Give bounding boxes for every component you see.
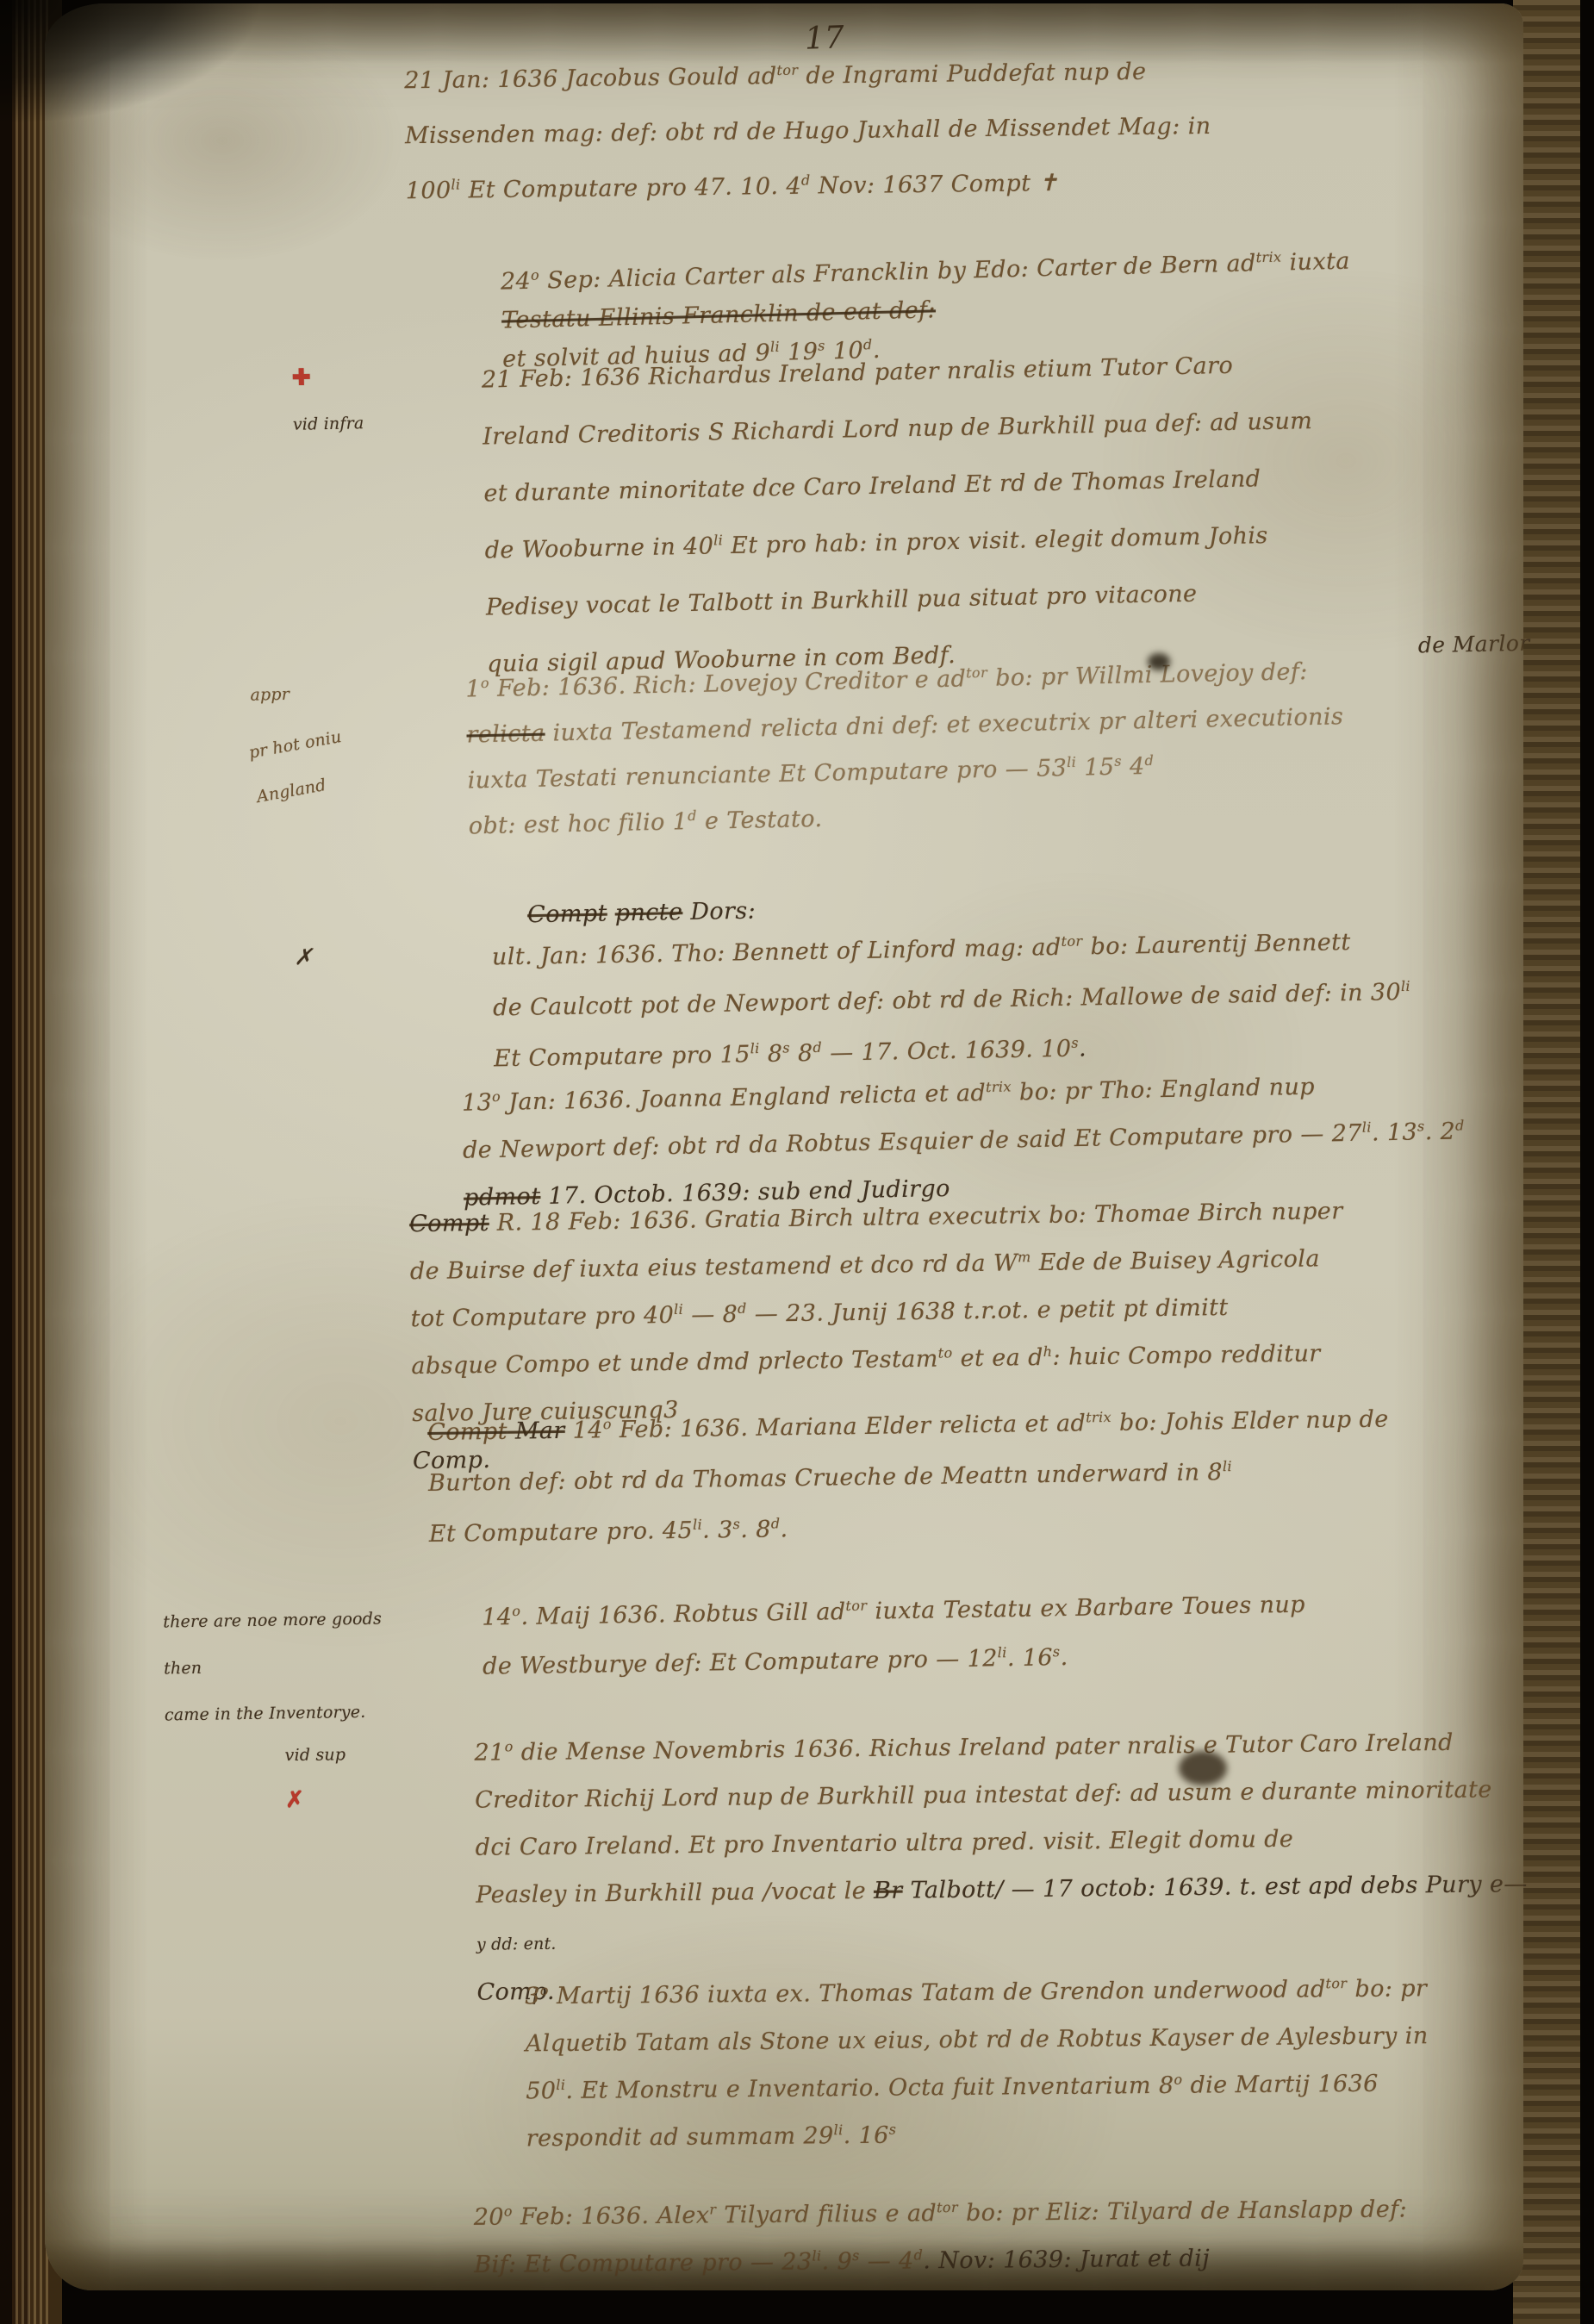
margin-label (277, 265, 432, 268)
entry-body-toues: 14o. Maij 1636. Robtus Gill adtor iuxta … (404, 1576, 1552, 1734)
entry-line: 20o Feb: 1636. Alexr Tilyard filius e ad… (474, 2184, 1560, 2241)
text-segment: tor (845, 1598, 867, 1614)
text-segment: — 8 (683, 1301, 738, 1329)
text-segment: tor (937, 2199, 958, 2215)
entry-tilyard: 20o Feb: 1636. Alexr Tilyard filius e ad… (155, 2184, 1560, 2291)
text-segment: trix (1086, 1409, 1111, 1425)
text-segment: . Maij 1636. Robtus Gill ad (520, 1598, 846, 1630)
entry-margin-tilyard (155, 2194, 414, 2291)
text-segment: Et Computare pro 15 (494, 1041, 750, 1072)
text-segment: de Westburye def: Et Computare pro — 12 (483, 1645, 998, 1679)
text-segment: Bif: Et Computare pro — 23 (474, 2248, 813, 2277)
text-segment: s (1071, 1035, 1079, 1051)
text-segment: de Caulcott pot de Newport def: obt rd d… (493, 979, 1402, 1021)
text-segment: appr (250, 685, 290, 705)
text-segment: o (504, 2203, 513, 2219)
text-segment: s (889, 2122, 897, 2138)
margin-label: ✚ (291, 353, 421, 401)
text-segment: o (603, 1416, 612, 1432)
entry-body-elder: Compt Mar 14o Feb: 1636. Mariana Elder r… (419, 1392, 1566, 1561)
text-segment: d (801, 172, 811, 189)
text-segment: li (812, 2247, 821, 2264)
text-segment: 100 (406, 178, 451, 205)
text-segment: li (1067, 754, 1076, 770)
text-segment: et ea d (952, 1344, 1043, 1372)
text-segment: s (1114, 753, 1122, 769)
entry-margin-lovejoye: apprpr hot oniu Angland (155, 668, 417, 856)
text-segment: 1 (465, 676, 481, 702)
text-segment: Burton def: obt rd da Thomas Crueche de … (428, 1459, 1223, 1497)
text-segment: iuxta (1281, 248, 1350, 277)
text-segment: 14 (564, 1417, 603, 1444)
text-segment: Testatu Ellinis Francklin de eat def: (501, 296, 937, 333)
text-segment: . Nov: 1639: Jurat et dij (923, 2245, 1210, 2274)
text-segment: li (451, 177, 460, 193)
text-segment: de Wooburne in 40 (484, 533, 713, 564)
text-segment: — 23. Junij 1638 t.r.ot. e petit pt dimi… (747, 1294, 1229, 1328)
text-segment: vid infra (293, 414, 364, 434)
text-segment: s (1053, 1643, 1061, 1660)
entry-margin-elder (160, 1407, 420, 1563)
text-segment: Et Computare pro. 45 (429, 1517, 694, 1548)
margin-label: ✗ (285, 1776, 424, 1822)
text-segment: o (481, 675, 489, 691)
text-segment: d (813, 1039, 822, 1056)
text-segment: iuxta Testatu ex Barbare Toues nup (867, 1592, 1305, 1625)
text-segment: et durante minoritate dce Caro Ireland E… (483, 465, 1261, 507)
text-segment: Creditor Richij Lord nup de Burkhill pua… (475, 1776, 1492, 1813)
text-segment: . 8 (740, 1517, 771, 1543)
text-segment: . (780, 1516, 788, 1542)
text-segment: . (1079, 1035, 1087, 1062)
text-segment: : huic Compo redditur (1052, 1340, 1320, 1370)
text-segment: . Et Monstru e Inventario. Octa fuit Inv… (565, 2072, 1174, 2104)
text-segment: Feb: 1636. Rich: Lovejoy Creditor e ad (489, 665, 967, 702)
margin-label: there are noe more goods then (163, 1594, 406, 1691)
text-segment: o (512, 1603, 520, 1619)
text-segment: d (771, 1515, 781, 1531)
text-segment: bo: pr Willmi Lovejoy def: (987, 658, 1308, 692)
text-segment: 13 (462, 1089, 493, 1117)
text-segment: pncte (614, 899, 682, 926)
text-segment: die Martij 1636 (1182, 2071, 1379, 2099)
entry-line: respondit ad summam 29li. 16s (526, 2106, 1560, 2162)
text-segment: de Buirse def iuxta eius testamend et dc… (410, 1249, 1018, 1285)
entry-body-tilyard: 20o Feb: 1636. Alexr Tilyard filius e ad… (414, 2184, 1560, 2290)
text-segment: Talbott/ — 17 octob: 1639. t. est apd de… (902, 1871, 1527, 1904)
text-segment: r (709, 2201, 716, 2217)
text-segment: li (1401, 978, 1410, 994)
text-segment: Feb: 1636. Alex (513, 2202, 710, 2230)
text-segment: 4 (1122, 753, 1145, 781)
text-segment: o (1174, 2072, 1182, 2088)
text-segment: o (540, 1982, 549, 1998)
entry-toues: there are noe more goods thencame in the… (146, 1576, 1552, 1738)
text-segment: Martij 1636 iuxta ex. Thomas Tatam de Gr… (549, 1976, 1326, 2009)
text-segment: 21 (474, 1739, 504, 1766)
text-segment: d (738, 1300, 747, 1317)
text-segment: li (556, 2077, 565, 2093)
red-cross-mark: ✗ (285, 1787, 305, 1813)
text-segment: ✗ (294, 944, 314, 970)
manuscript-page: 17 21 Jan: 1636 Jacobus Gould adtor de I… (45, 3, 1523, 2290)
text-segment: Br (874, 1878, 903, 1904)
text-segment: vid sup (284, 1745, 346, 1765)
text-segment: bo: pr Tho: England nup (1012, 1074, 1315, 1106)
text-segment: li (750, 1040, 759, 1056)
text-segment: 8 (760, 1041, 783, 1068)
margin-label: vid sup (284, 1729, 423, 1778)
entry-line: Alquetib Tatam als Stone ux eius, obt rd… (526, 2011, 1560, 2067)
text-segment: die Mense Novembris 1636. Richus Ireland… (514, 1729, 1454, 1766)
text-segment: tot Computare pro 40 (410, 1302, 674, 1332)
text-segment: li (693, 1517, 702, 1533)
entry-body-puddefat: 21 Jan: 1636 Jacobus Gould adtor de Ingr… (404, 40, 1552, 219)
entry-margin-puddefat (146, 53, 406, 222)
text-segment: bo: pr (1347, 1975, 1427, 2003)
text-segment: Compt (527, 900, 607, 929)
entry-body-lord-1: 21 Feb: 1636 Richardus Ireland pater nra… (420, 331, 1572, 694)
text-segment: iuxta Testamend relicta dni def: et exec… (545, 703, 1343, 746)
text-segment: li (1223, 1458, 1232, 1474)
text-segment: 24 (501, 268, 532, 296)
entry-body-tatam-als-stone: 3o Martij 1636 iuxta ex. Thomas Tatam de… (413, 1964, 1560, 2164)
text-segment: Feb: 1636. Mariana Elder relicta et ad (612, 1410, 1087, 1443)
text-segment: Mar (507, 1417, 565, 1445)
entry-margin-tatam-als-stone (154, 1973, 414, 2165)
text-segment: R. 18 Feb: 1636. Gratia Birch ultra exec… (489, 1198, 1343, 1237)
text-segment: iuxta Testati renunciante Et Computare p… (467, 755, 1067, 794)
entry-puddefat: 21 Jan: 1636 Jacobus Gould adtor de Ingr… (146, 40, 1552, 222)
text-segment: trix (986, 1078, 1012, 1095)
text-segment: there are noe more goods then (163, 1610, 382, 1679)
text-segment: Peasley in Burkhill pua /vocat le (476, 1878, 874, 1909)
margin-label (154, 53, 404, 57)
text-segment: 20 (474, 2204, 504, 2231)
text-segment: 8 (790, 1040, 813, 1067)
text-segment: came in the Inventorye. (165, 1703, 366, 1725)
text-segment: s (782, 1039, 790, 1056)
manuscript-photo: 17 21 Jan: 1636 Jacobus Gould adtor de I… (0, 0, 1594, 2324)
text-segment: Ede de Buisey Agricola (1031, 1245, 1321, 1276)
entry-lord-1: ✚vid infra21 Feb: 1636 Richardus Ireland… (162, 331, 1572, 699)
text-segment: bo: pr Eliz: Tilyard de Hanslapp def: (958, 2196, 1407, 2227)
text-segment: d (1455, 1117, 1465, 1133)
text-segment: bo: Johis Elder nup de (1111, 1405, 1389, 1436)
text-segment: d (688, 807, 697, 824)
text-segment: li (674, 1301, 683, 1318)
entry-elder: Compt Mar 14o Feb: 1636. Mariana Elder r… (160, 1392, 1566, 1564)
text-segment: o (505, 1738, 514, 1754)
entry-body-lovejoye: 1o Feb: 1636. Rich: Lovejoy Creditor e a… (414, 644, 1563, 850)
text-segment: d (1144, 752, 1154, 769)
entry-margin-toues: there are noe more goods thencame in the… (146, 1594, 407, 1738)
text-segment: Compt (409, 1210, 489, 1237)
text-segment: Alquetib Tatam als Stone ux eius, obt rd… (526, 2022, 1429, 2057)
margin-label: vid infra (292, 398, 422, 447)
text-segment: Compt (427, 1418, 507, 1446)
red-cross-mark: ✚ (292, 364, 312, 390)
margin-note-lovejoye: de Marlor (1418, 631, 1530, 658)
entry-margin-bennett: ✗ (156, 933, 417, 1090)
text-segment: bo: Laurentij Bennett (1082, 929, 1351, 960)
text-segment: — 17. Oct. 1639. 10 (822, 1036, 1072, 1067)
text-segment: li (1362, 1118, 1372, 1135)
text-segment: Dors: (682, 898, 756, 925)
text-segment: e Testato. (697, 806, 823, 835)
text-segment: h (1043, 1343, 1053, 1360)
text-segment: Nov: 1637 Compt ✝ (810, 170, 1058, 200)
text-segment: tor (966, 664, 987, 682)
text-segment: tor (1325, 1975, 1347, 1991)
text-segment: s (1417, 1118, 1425, 1134)
text-segment: Missenden mag: def: obt rd de Hugo Juxha… (405, 113, 1211, 149)
margin-label: ✗ (294, 933, 415, 980)
text-segment: pr hot oniu Angland (245, 702, 421, 819)
text-segment: d (914, 2246, 924, 2263)
text-segment: . 16 (844, 2122, 889, 2149)
text-segment: . 3 (702, 1517, 733, 1543)
entry-body-bennett: ult. Jan: 1636. Tho: Bennett of Linford … (414, 913, 1563, 1086)
text-segment: absque Compo et unde dmd prlecto Testam (411, 1346, 938, 1380)
entry-lovejoye: apprpr hot oniu Angland1o Feb: 1636. Ric… (155, 644, 1563, 856)
text-segment: de Newport def: obt rd da Robtus Esquier… (463, 1120, 1362, 1164)
text-segment: li (998, 1644, 1007, 1660)
text-segment: . 9 (821, 2248, 852, 2275)
text-segment: relicta (466, 720, 545, 749)
text-segment: 14 (482, 1604, 513, 1631)
text-segment: o (492, 1088, 501, 1105)
text-segment: de Ingrami Puddefat nup de (798, 59, 1146, 90)
text-segment: . (1060, 1644, 1068, 1671)
text-segment: 3 (525, 1983, 540, 2009)
text-segment: ult. Jan: 1636. Tho: Bennett of Linford … (492, 934, 1062, 971)
text-segment: Et pro hab: in prox visit. elegit domum … (723, 522, 1268, 559)
margin-label (207, 2194, 414, 2196)
text-segment: tor (776, 62, 798, 78)
text-segment: to (938, 1344, 953, 1361)
text-segment: li (713, 532, 723, 548)
text-segment: respondit ad summam 29 (526, 2122, 834, 2152)
text-segment: trix (1255, 248, 1281, 265)
text-segment: 15 (1076, 754, 1115, 782)
margin-label: pr hot oniu Angland (251, 714, 416, 807)
entry-line: Bif: Et Computare pro — 23li. 9s — 4d. N… (474, 2232, 1560, 2289)
entry-tatam-als-stone: 3o Martij 1636 iuxta ex. Thomas Tatam de… (154, 1964, 1560, 2165)
text-segment: obt: est hoc filio 1 (468, 808, 688, 839)
text-segment: Tilyard filius e ad (716, 2200, 937, 2228)
text-segment: m (1018, 1249, 1031, 1265)
text-segment: y dd: ent. (476, 1935, 557, 1954)
text-segment: 21 Feb: 1636 Richardus Ireland pater nra… (482, 352, 1234, 394)
text-segment: — 4 (860, 2247, 914, 2275)
text-segment: dci Caro Ireland. Et pro Inventario ultr… (476, 1826, 1294, 1861)
text-segment: 21 Jan: 1636 Jacobus Gould ad (404, 63, 777, 94)
text-segment: li (833, 2122, 843, 2138)
entry-margin-lord-1: ✚vid infra (162, 353, 427, 700)
text-segment: Jan: 1636. Joanna England relicta et ad (501, 1080, 987, 1116)
text-segment: Et Computare pro 47. 10. 4 (460, 173, 801, 204)
text-segment: . 13 (1372, 1118, 1418, 1146)
text-segment: 50 (526, 2078, 556, 2104)
text-segment: Pedisey vocat le Talbott in Burkhill pua… (486, 581, 1198, 621)
text-segment: Ireland Creditoris S Richardi Lord nup d… (483, 408, 1313, 450)
text-segment: tor (1061, 932, 1082, 949)
text-segment: . 16 (1007, 1644, 1054, 1672)
text-segment: . 2 (1424, 1118, 1455, 1146)
